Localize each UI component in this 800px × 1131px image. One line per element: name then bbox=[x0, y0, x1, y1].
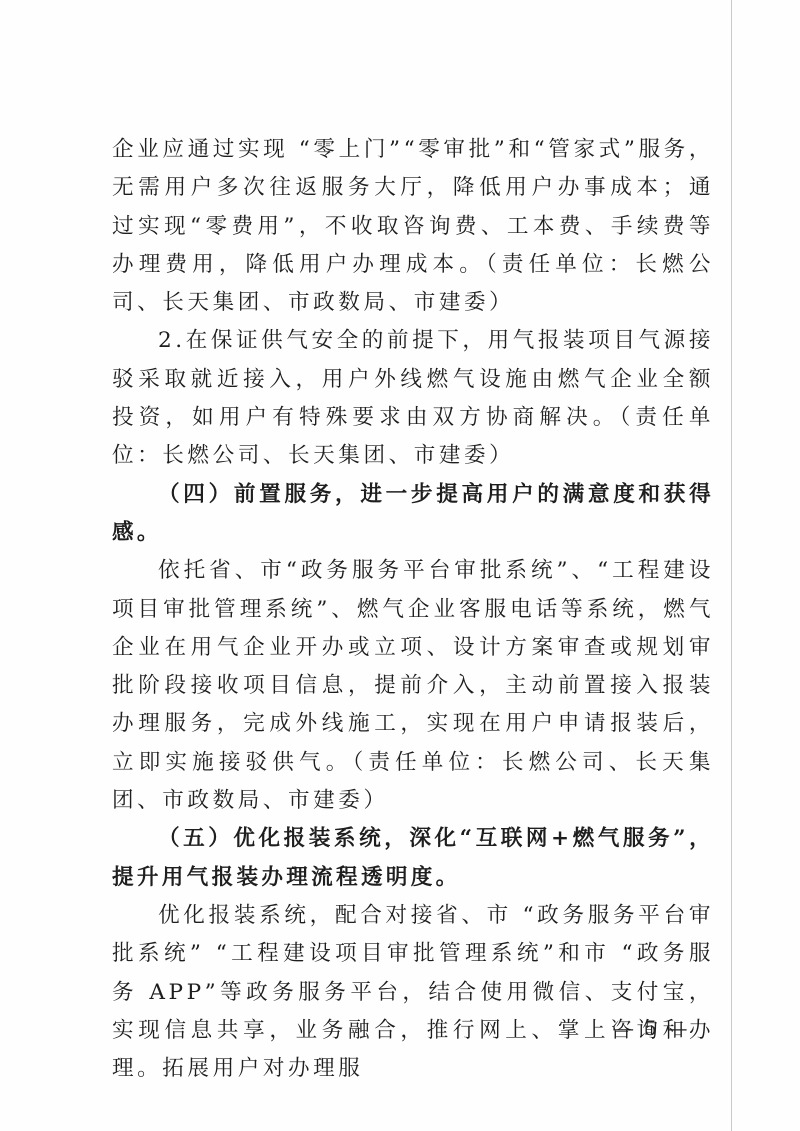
paragraph-item-2: 2.在保证供气安全的前提下，用气报装项目气源接驳采取就近接入，用户外线燃气设施由… bbox=[112, 322, 714, 475]
page-edge-divider bbox=[731, 0, 732, 1131]
paragraph-section-5: 优化报装系统，配合对接省、市 “政务服务平台审批系统” “工程建设项目审批管理系… bbox=[112, 897, 714, 1088]
document-body: 企业应通过实现 “零上门”“零审批”和“管家式”服务，无需用户多次往返服务大厅，… bbox=[112, 131, 714, 1088]
paragraph-continued: 企业应通过实现 “零上门”“零审批”和“管家式”服务，无需用户多次往返服务大厅，… bbox=[112, 131, 714, 322]
document-page: 企业应通过实现 “零上门”“零审批”和“管家式”服务，无需用户多次往返服务大厅，… bbox=[0, 0, 800, 1131]
page-number: — 5 — bbox=[614, 1016, 689, 1040]
paragraph-section-4: 依托省、市“政务服务平台审批系统”、“工程建设项目审批管理系统”、燃气企业客服电… bbox=[112, 552, 714, 820]
section-heading-4: （四）前置服务，进一步提高用户的满意度和获得感。 bbox=[112, 476, 714, 553]
section-heading-5: （五）优化报装系统，深化“互联网+燃气服务”，提升用气报装办理流程透明度。 bbox=[112, 820, 714, 897]
